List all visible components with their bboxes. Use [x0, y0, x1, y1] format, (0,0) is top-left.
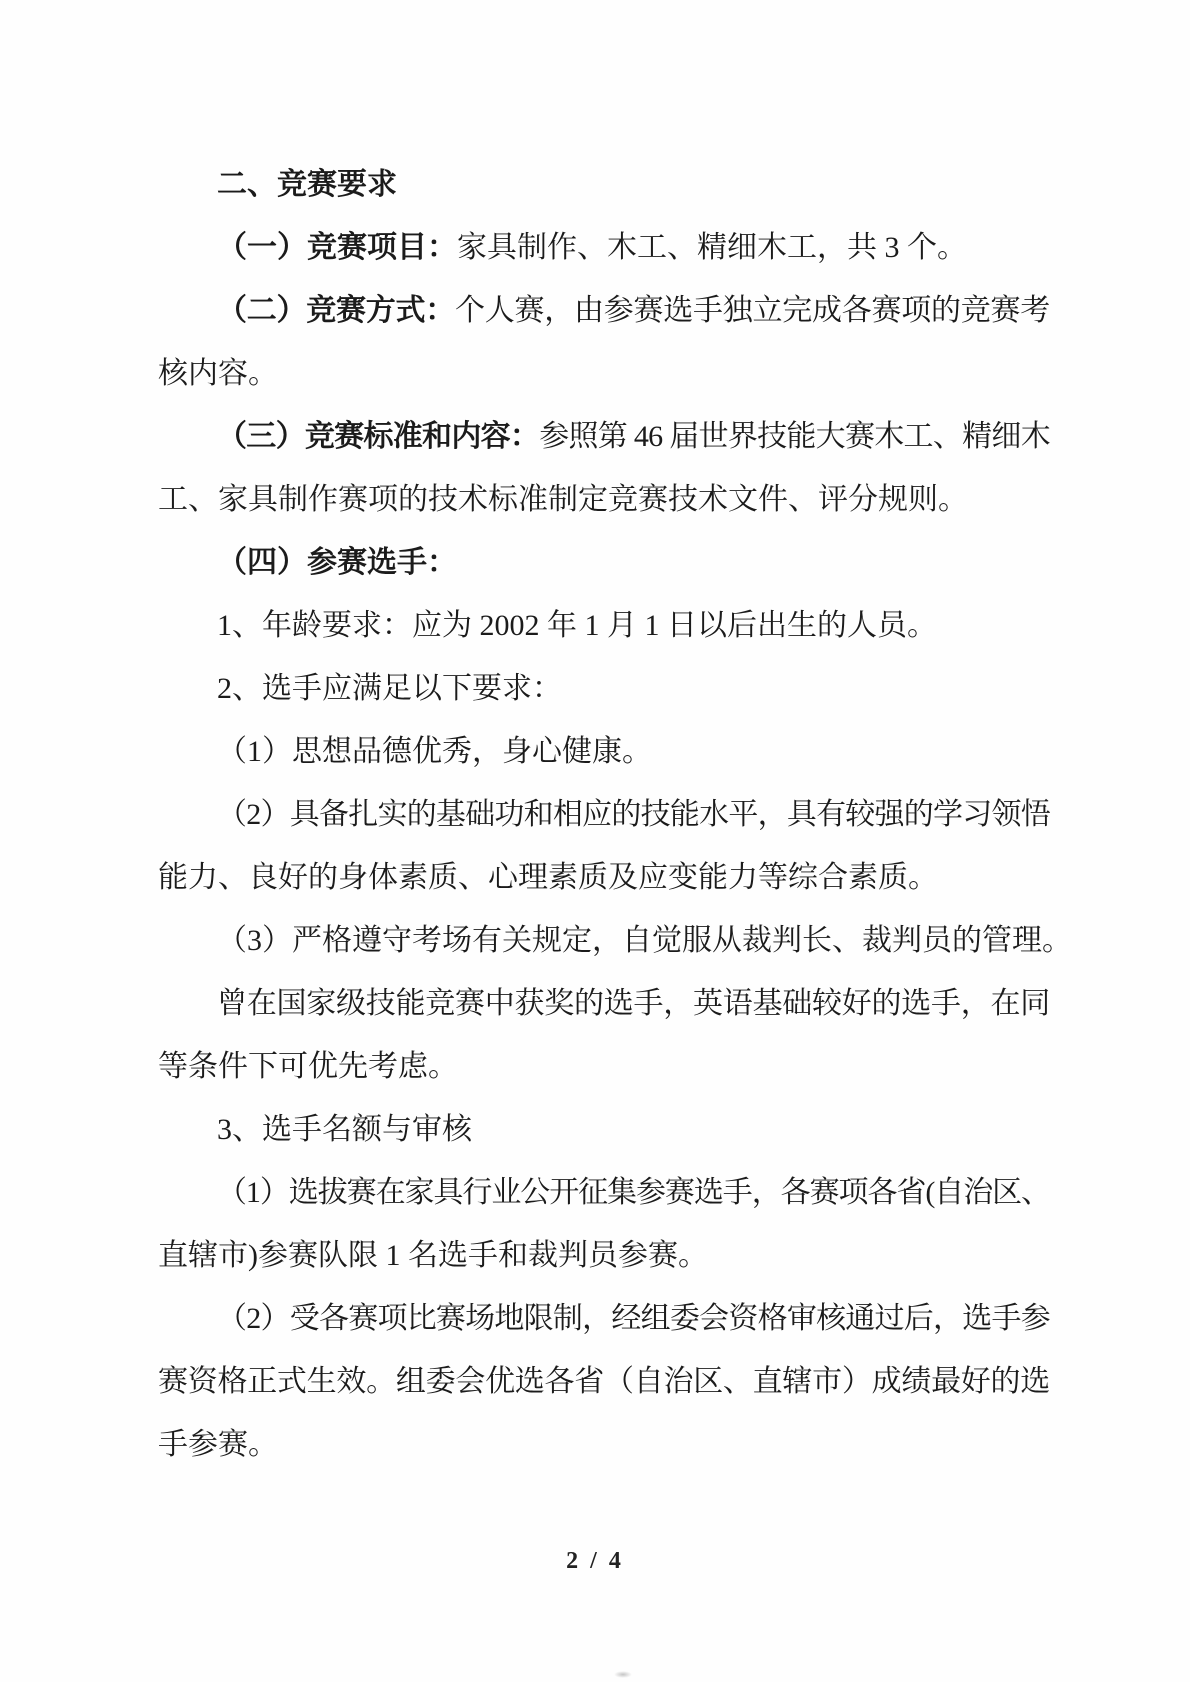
- line-text: 手参赛。: [158, 1428, 278, 1461]
- line-text: 工、家具制作赛项的技术标准制定竞赛技术文件、评分规则。: [158, 483, 968, 516]
- document-line: （1）选拔赛在家具行业公开征集参赛选手，各赛项各省(自治区、: [158, 1161, 1050, 1224]
- line-bold-label: （三）竞赛标准和内容：: [217, 420, 539, 453]
- document-line: 二、竞赛要求: [158, 153, 1050, 216]
- line-content: 工、家具制作赛项的技术标准制定竞赛技术文件、评分规则。: [158, 483, 968, 516]
- line-text: （1）选拔赛在家具行业公开征集参赛选手，各赛项各省(自治区、: [217, 1176, 1050, 1209]
- line-text: 曾在国家级技能竞赛中获奖的选手，英语基础较好的选手，在同: [217, 987, 1050, 1020]
- document-line: 赛资格正式生效。组委会优选各省（自治区、直辖市）成绩最好的选: [158, 1350, 1050, 1413]
- line-text: 个人赛，由参赛选手独立完成各赛项的竞赛考: [455, 294, 1050, 327]
- document-line: 核内容。: [158, 342, 1050, 405]
- line-content: 1、年龄要求：应为 2002 年 1 月 1 日以后出生的人员。: [217, 609, 937, 642]
- line-content: （一）竞赛项目：家具制作、木工、精细木工，共 3 个。: [217, 231, 967, 264]
- document-line: 工、家具制作赛项的技术标准制定竞赛技术文件、评分规则。: [158, 468, 1050, 531]
- line-text: （2）具备扎实的基础功和相应的技能水平，具有较强的学习领悟: [217, 798, 1050, 831]
- line-text: 赛资格正式生效。组委会优选各省（自治区、直辖市）成绩最好的选: [158, 1365, 1050, 1398]
- line-content: （2）具备扎实的基础功和相应的技能水平，具有较强的学习领悟: [217, 798, 1050, 831]
- line-content: 2、选手应满足以下要求：: [217, 672, 562, 705]
- document-line: 1、年龄要求：应为 2002 年 1 月 1 日以后出生的人员。: [158, 594, 1050, 657]
- line-content: 核内容。: [158, 357, 278, 390]
- document-line: 3、选手名额与审核: [158, 1098, 1050, 1161]
- line-text: 1、年龄要求：应为 2002 年 1 月 1 日以后出生的人员。: [217, 609, 937, 642]
- document-body: 二、竞赛要求（一）竞赛项目：家具制作、木工、精细木工，共 3 个。（二）竞赛方式…: [158, 0, 1050, 1476]
- line-text: 家具制作、木工、精细木工，共 3 个。: [457, 231, 967, 264]
- line-text: 2、选手应满足以下要求：: [217, 672, 562, 705]
- line-text: （1）思想品德优秀，身心健康。: [217, 735, 652, 768]
- line-content: 能力、良好的身体素质、心理素质及应变能力等综合素质。: [158, 861, 938, 894]
- line-content: （2）受各赛项比赛场地限制，经组委会资格审核通过后，选手参: [217, 1302, 1050, 1335]
- line-bold-label: （二）竞赛方式：: [217, 294, 455, 327]
- document-line: （3）严格遵守考场有关规定，自觉服从裁判长、裁判员的管理。: [158, 909, 1050, 972]
- document-line: 手参赛。: [158, 1413, 1050, 1476]
- line-bold-label: 二、竞赛要求: [217, 168, 397, 201]
- page-number: 2 / 4: [0, 1548, 1190, 1575]
- document-line: （2）具备扎实的基础功和相应的技能水平，具有较强的学习领悟: [158, 783, 1050, 846]
- line-text: 能力、良好的身体素质、心理素质及应变能力等综合素质。: [158, 861, 938, 894]
- document-line: （四）参赛选手：: [158, 531, 1050, 594]
- line-content: （3）严格遵守考场有关规定，自觉服从裁判长、裁判员的管理。: [217, 924, 1072, 957]
- line-content: 曾在国家级技能竞赛中获奖的选手，英语基础较好的选手，在同: [217, 987, 1050, 1020]
- scan-smudge: [614, 1671, 632, 1678]
- line-content: （二）竞赛方式：个人赛，由参赛选手独立完成各赛项的竞赛考: [217, 294, 1050, 327]
- document-line: （三）竞赛标准和内容：参照第 46 届世界技能大赛木工、精细木: [158, 405, 1050, 468]
- document-line: 能力、良好的身体素质、心理素质及应变能力等综合素质。: [158, 846, 1050, 909]
- document-line: 等条件下可优先考虑。: [158, 1035, 1050, 1098]
- line-content: 3、选手名额与审核: [217, 1113, 472, 1146]
- line-text: 等条件下可优先考虑。: [158, 1050, 458, 1083]
- line-content: 直辖市)参赛队限 1 名选手和裁判员参赛。: [158, 1239, 708, 1272]
- line-text: 参照第 46 届世界技能大赛木工、精细木: [539, 420, 1050, 453]
- document-line: （1）思想品德优秀，身心健康。: [158, 720, 1050, 783]
- line-content: （1）思想品德优秀，身心健康。: [217, 735, 652, 768]
- line-content: 二、竞赛要求: [217, 168, 397, 201]
- line-text: 直辖市)参赛队限 1 名选手和裁判员参赛。: [158, 1239, 708, 1272]
- document-line: 2、选手应满足以下要求：: [158, 657, 1050, 720]
- line-content: （四）参赛选手：: [217, 546, 457, 579]
- line-bold-label: （四）参赛选手：: [217, 546, 457, 579]
- line-content: （三）竞赛标准和内容：参照第 46 届世界技能大赛木工、精细木: [217, 420, 1050, 453]
- document-line: （一）竞赛项目：家具制作、木工、精细木工，共 3 个。: [158, 216, 1050, 279]
- line-text: （3）严格遵守考场有关规定，自觉服从裁判长、裁判员的管理。: [217, 924, 1072, 957]
- line-text: （2）受各赛项比赛场地限制，经组委会资格审核通过后，选手参: [217, 1302, 1050, 1335]
- line-text: 核内容。: [158, 357, 278, 390]
- line-content: 赛资格正式生效。组委会优选各省（自治区、直辖市）成绩最好的选: [158, 1365, 1050, 1398]
- document-line: 曾在国家级技能竞赛中获奖的选手，英语基础较好的选手，在同: [158, 972, 1050, 1035]
- line-content: 等条件下可优先考虑。: [158, 1050, 458, 1083]
- line-bold-label: （一）竞赛项目：: [217, 231, 457, 264]
- document-line: （2）受各赛项比赛场地限制，经组委会资格审核通过后，选手参: [158, 1287, 1050, 1350]
- line-content: 手参赛。: [158, 1428, 278, 1461]
- document-page: 二、竞赛要求（一）竞赛项目：家具制作、木工、精细木工，共 3 个。（二）竞赛方式…: [0, 0, 1190, 1682]
- document-line: 直辖市)参赛队限 1 名选手和裁判员参赛。: [158, 1224, 1050, 1287]
- line-content: （1）选拔赛在家具行业公开征集参赛选手，各赛项各省(自治区、: [217, 1176, 1050, 1209]
- document-line: （二）竞赛方式：个人赛，由参赛选手独立完成各赛项的竞赛考: [158, 279, 1050, 342]
- line-text: 3、选手名额与审核: [217, 1113, 472, 1146]
